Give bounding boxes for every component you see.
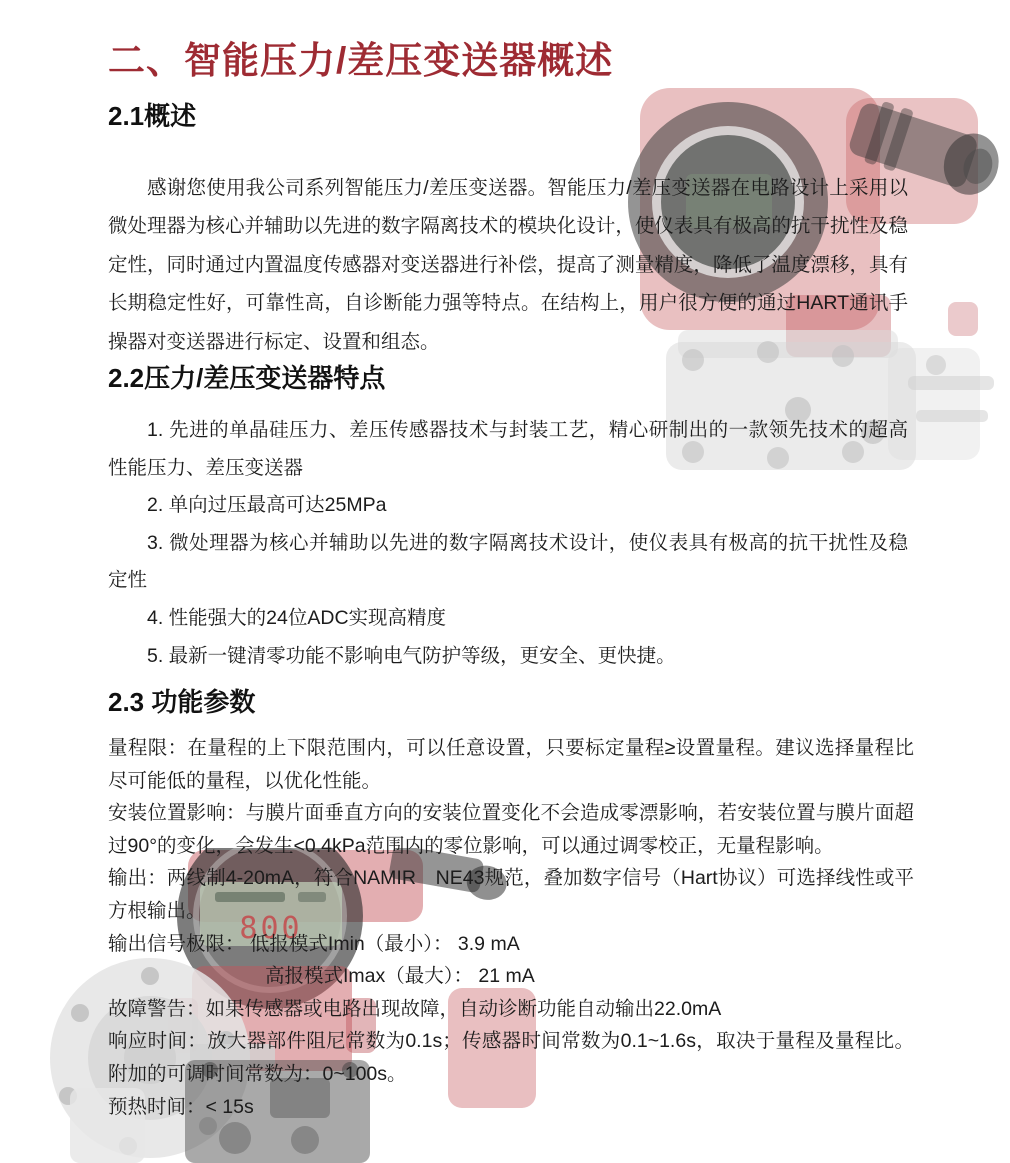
param-line-warmup-time: 预热时间：< 15s [108, 1091, 914, 1124]
page-title: 二、智能压力/差压变送器概述 [108, 30, 968, 84]
feature-list: 1. 先进的单晶硅压力、差压传感器技术与封装工艺，精心研制出的一款领先技术的超高… [108, 412, 908, 675]
feature-item: 2. 单向过压最高可达25MPa [108, 487, 908, 525]
param-list: 量程限：在量程的上下限范围内，可以任意设置，只要标定量程≥设置量程。建议选择量程… [108, 732, 914, 1123]
param-line-response-time: 响应时间：放大器部件阻尼常数为0.1s；传感器时间常数为0.1~1.6s，取决于… [108, 1025, 914, 1090]
param-line-signal-limit-high: 高报模式Imax（最大）： 21 mA [108, 960, 914, 993]
section-heading-features: 2.2压力/差压变送器特点 [108, 358, 908, 395]
section-heading-overview: 2.1概述 [108, 96, 908, 133]
param-line-signal-limit-low: 输出信号极限： 低报模式Imin（最小）： 3.9 mA [108, 928, 914, 961]
feature-item: 5. 最新一键清零功能不影响电气防护等级，更安全、更快捷。 [108, 638, 908, 676]
param-line-fault-alarm: 故障警告：如果传感器或电路出现故障，自动诊断功能自动输出22.0mA [108, 993, 914, 1026]
section-heading-params: 2.3 功能参数 [108, 682, 908, 719]
feature-item: 3. 微处理器为核心并辅助以先进的数字隔离技术设计，使仪表具有极高的抗干扰性及稳… [108, 525, 908, 600]
feature-item: 4. 性能强大的24位ADC实现高精度 [108, 600, 908, 638]
param-line-output: 输出：两线制4-20mA，符合NAMIR NE43规范，叠加数字信号（Hart协… [108, 862, 914, 927]
param-line-range-limit: 量程限：在量程的上下限范围内，可以任意设置，只要标定量程≥设置量程。建议选择量程… [108, 732, 914, 797]
param-line-mounting-effect: 安装位置影响：与膜片面垂直方向的安装位置变化不会造成零漂影响，若安装位置与膜片面… [108, 797, 914, 862]
manual-page: 800 二、智能压力/差压变送器概述 [0, 0, 1010, 1163]
feature-item: 1. 先进的单晶硅压力、差压传感器技术与封装工艺，精心研制出的一款领先技术的超高… [108, 412, 908, 487]
overview-paragraph: 感谢您使用我公司系列智能压力/差压变送器。智能压力/差压变送器在电路设计上采用以… [108, 169, 908, 362]
